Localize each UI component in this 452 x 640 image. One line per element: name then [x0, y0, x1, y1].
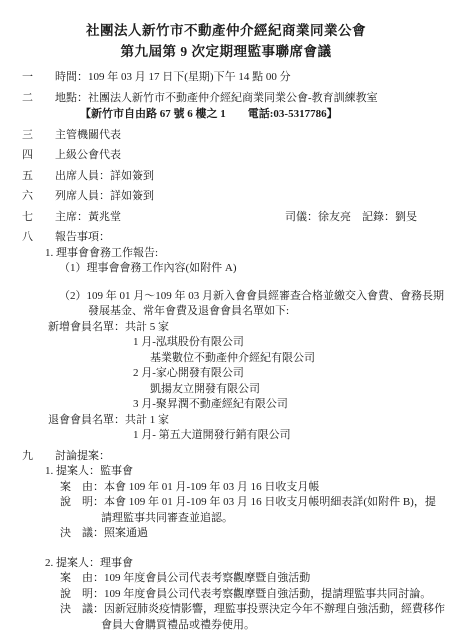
item-number: 八 [22, 230, 55, 246]
line-proposal-1-resolution: 決 議：照案通過 [0, 526, 452, 542]
item-text: 地點：社團法人新竹市不動產仲介經紀商業同業公會-教育訓練教室 [55, 91, 378, 107]
item-text: 時間：109 年 03 月 17 日下(星期)下午 14 點 00 分 [55, 70, 291, 86]
line-proposal-1-description-cont: 請理監事共同審查並追認。 [0, 511, 452, 527]
item-number: 九 [22, 449, 55, 465]
item-number: 三 [22, 128, 55, 144]
item-text: 上級公會代表 [55, 148, 121, 164]
chairman-text: 主席：黃兆堂 [55, 210, 121, 226]
line-proposal-2-proposer: 2. 提案人：理事會 [0, 556, 452, 572]
line-chairman: 七 主席：黃兆堂 司儀：徐友亮 記錄：劉旻 [0, 210, 452, 226]
line-proposal-2-resolution: 決 議：因新冠肺炎疫情影響，理監事投票決定今年不辦理自強活動，經費移作 [0, 602, 452, 618]
line-time: 一 時間：109 年 03 月 17 日下(星期)下午 14 點 00 分 [0, 70, 452, 86]
line-proposal-2-resolution-cont: 會員大會購買禮品或禮券使用。 [0, 618, 452, 634]
item-text: 討論提案： [55, 449, 110, 465]
line-location: 二 地點：社團法人新竹市不動產仲介經紀商業同業公會-教育訓練教室 [0, 91, 452, 107]
line-parent-association-representative: 四 上級公會代表 [0, 148, 452, 164]
line-discussion-proposals-header: 九 討論提案： [0, 449, 452, 465]
item-number: 一 [22, 70, 55, 86]
item-text: 出席人員：詳如簽到 [55, 169, 154, 185]
line-new-member-feb-2: 凱揚友立開發有限公司 [0, 382, 452, 398]
line-new-member-jan-2: 基業數位不動產仲介經紀有限公司 [0, 351, 452, 367]
title-association-name: 社團法人新竹市不動產仲介經紀商業同業公會 [0, 20, 452, 41]
item-number: 六 [22, 189, 55, 205]
item-number: 四 [22, 148, 55, 164]
meeting-minutes-page: 社團法人新竹市不動產仲介經紀商業同業公會 第九屆第 9 次定期理監事聯席會議 一… [0, 0, 452, 633]
item-text: 報告事項： [55, 230, 110, 246]
line-proposal-1-description: 說 明：本會 109 年 01 月-109 年 03 月 16 日收支月帳明細表… [0, 495, 452, 511]
line-board-work-report-header: 1. 理事會會務工作報告: [0, 246, 452, 262]
mc-and-recorder-text: 司儀：徐友亮 記錄：劉旻 [285, 210, 417, 226]
item-number: 二 [22, 91, 55, 107]
item-number: 五 [22, 169, 55, 185]
line-report-item-2-cont: 發展基金、常年會費及退會會員名單如下: [0, 304, 452, 320]
line-withdrawn-members-header: 退會會員名單：共計 1 家 [0, 413, 452, 429]
line-observers: 六 列席人員：詳如簽到 [0, 189, 452, 205]
item-text: 主管機關代表 [55, 128, 121, 144]
title-meeting-name: 第九屆第 9 次定期理監事聯席會議 [0, 41, 452, 62]
line-withdrawn-member-jan: 1 月- 第五大道開發行銷有限公司 [0, 428, 452, 444]
line-proposal-2-description: 說 明：109 年度會員公司代表考察觀摩暨自強活動，提請理監事共同討論。 [0, 587, 452, 603]
document-title: 社團法人新竹市不動產仲介經紀商業同業公會 第九屆第 9 次定期理監事聯席會議 [0, 20, 452, 62]
item-text: 列席人員：詳如簽到 [55, 189, 154, 205]
line-new-members-header: 新增會員名單：共計 5 家 [0, 320, 452, 336]
line-attendees: 五 出席人員：詳如簽到 [0, 169, 452, 185]
line-report-item-1: （1）理事會會務工作內容(如附件 A) [0, 261, 452, 277]
line-new-member-mar-1: 3 月-聚昇潤不動產經紀有限公司 [0, 397, 452, 413]
line-new-member-feb-1: 2 月-家心開發有限公司 [0, 366, 452, 382]
line-proposal-1-proposer: 1. 提案人：監事會 [0, 464, 452, 480]
line-new-member-jan-1: 1 月-泓琪股份有限公司 [0, 335, 452, 351]
line-proposal-1-subject: 案 由：本會 109 年 01 月-109 年 03 月 16 日收支月帳 [0, 480, 452, 496]
line-authority-representative: 三 主管機關代表 [0, 128, 452, 144]
item-number: 七 [22, 210, 55, 226]
line-report-items-header: 八 報告事項： [0, 230, 452, 246]
line-report-item-2: （2）109 年 01 月～109 年 03 月新入會會員經審查合格並繳交入會費… [0, 289, 452, 305]
line-proposal-2-subject: 案 由：109 年度會員公司代表考察觀摩暨自強活動 [0, 571, 452, 587]
line-address-phone: 【新竹市自由路 67 號 6 樓之 1 電話:03-5317786】 [0, 107, 452, 123]
